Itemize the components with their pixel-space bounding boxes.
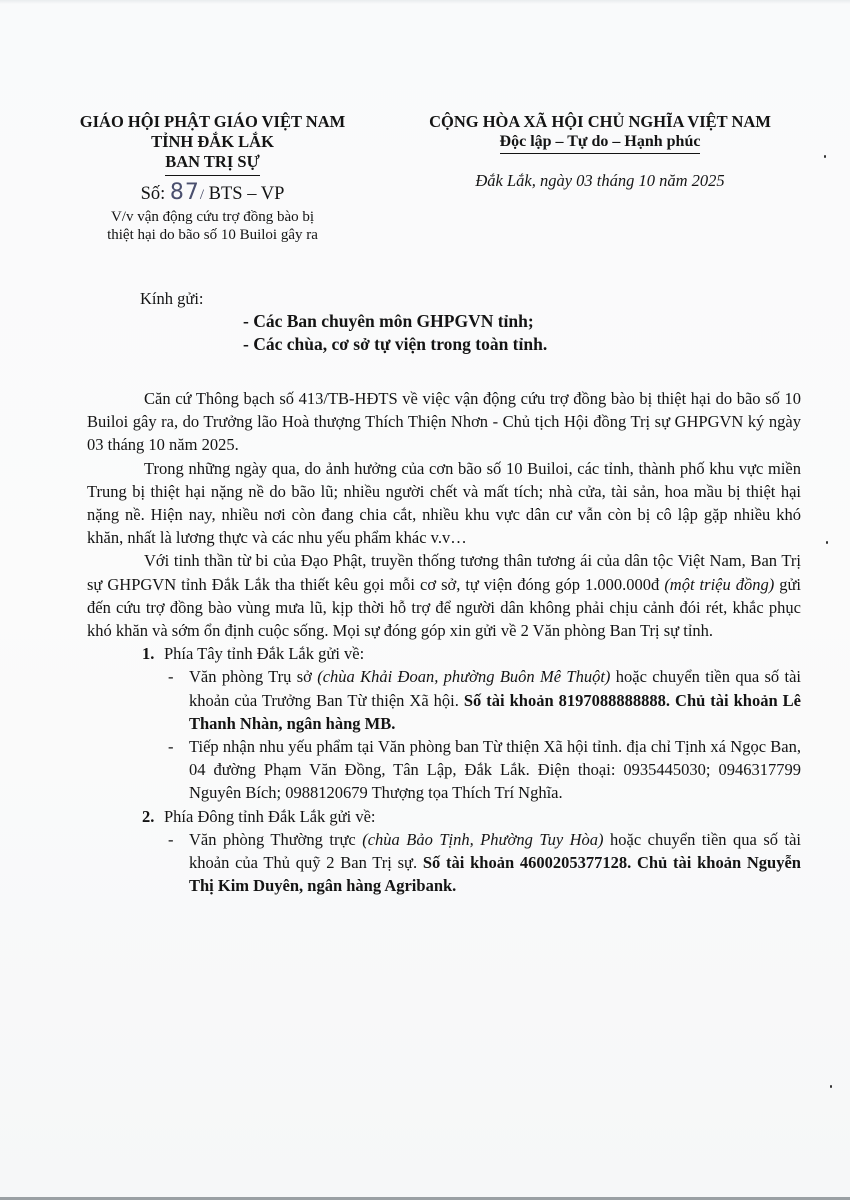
list-item: - Văn phòng Trụ sở (chùa Khải Đoan, phườ… (87, 665, 801, 735)
dash-bullet: - (168, 828, 174, 851)
recipient-1: - Các Ban chuyên môn GHPGVN tỉnh; (243, 310, 547, 333)
document-page: GIÁO HỘI PHẬT GIÁO VIỆT NAM TỈNH ĐẮK LẮK… (0, 0, 850, 1200)
item-text: Tiếp nhận nhu yếu phẩm tại Văn phòng ban… (189, 737, 801, 802)
unit-name: BAN TRỊ SỰ (165, 152, 259, 176)
office-east: 2. Phía Đông tỉnh Đắk Lắk gửi về: (87, 805, 801, 828)
list-item: - Văn phòng Thường trực (chùa Bảo Tịnh, … (87, 828, 801, 898)
item-text: Văn phòng Trụ sở (189, 667, 317, 686)
dash-bullet: - (168, 665, 174, 688)
document-number: Số: 87/ BTS – VP (60, 180, 365, 208)
national-header: CỘNG HÒA XÃ HỘI CHỦ NGHĨA VIỆT NAM Độc l… (400, 112, 800, 191)
amount-in-words: (một triệu đồng) (664, 575, 774, 594)
recipients: - Các Ban chuyên môn GHPGVN tỉnh; - Các … (243, 310, 547, 356)
number-prefix: Số: (141, 184, 166, 204)
nation-title: CỘNG HÒA XÃ HỘI CHỦ NGHĨA VIỆT NAM (400, 112, 800, 132)
paragraph-basis: Căn cứ Thông bạch số 413/TB-HĐTS về việc… (87, 387, 801, 457)
subject-line-1: V/v vận động cứu trợ đồng bào bị (60, 208, 365, 226)
issuer-header: GIÁO HỘI PHẬT GIÁO VIỆT NAM TỈNH ĐẮK LẮK… (60, 112, 365, 244)
list-number: 1. (142, 642, 154, 665)
paragraph-appeal: Với tinh thần từ bi của Đạo Phật, truyền… (87, 549, 801, 642)
list-number: 2. (142, 805, 154, 828)
office-label: Phía Đông tỉnh Đắk Lắk gửi về: (164, 807, 376, 826)
place-date: Đắk Lắk, ngày 03 tháng 10 năm 2025 (400, 171, 800, 191)
number-suffix: BTS – VP (209, 184, 285, 204)
dash-bullet: - (168, 735, 174, 758)
paragraph-situation: Trong những ngày qua, do ảnh hưởng của c… (87, 457, 801, 550)
scan-speck (830, 1085, 832, 1088)
subject-line-2: thiệt hại do bão số 10 Builoi gây ra (60, 226, 365, 244)
organization-name: GIÁO HỘI PHẬT GIÁO VIỆT NAM (60, 112, 365, 132)
province-name: TỈNH ĐẮK LẮK (60, 132, 365, 152)
letter-body: Căn cứ Thông bạch số 413/TB-HĐTS về việc… (87, 387, 801, 897)
scan-speck (826, 541, 828, 544)
item-location: (chùa Bảo Tịnh, Phường Tuy Hòa) (362, 830, 603, 849)
national-motto: Độc lập – Tự do – Hạnh phúc (500, 132, 701, 154)
list-item: - Tiếp nhận nhu yếu phẩm tại Văn phòng b… (87, 735, 801, 805)
office-west: 1. Phía Tây tỉnh Đắk Lắk gửi về: (87, 642, 801, 665)
recipient-2: - Các chùa, cơ sở tự viện trong toàn tỉn… (243, 333, 547, 356)
handwritten-number: 87 (170, 180, 200, 205)
salutation: Kính gửi: (140, 289, 204, 309)
number-slash: / (200, 187, 204, 203)
item-text: Văn phòng Thường trực (189, 830, 362, 849)
item-location: (chùa Khải Đoan, phường Buôn Mê Thuột) (317, 667, 610, 686)
office-label: Phía Tây tỉnh Đắk Lắk gửi về: (164, 644, 364, 663)
scan-speck (824, 155, 826, 158)
